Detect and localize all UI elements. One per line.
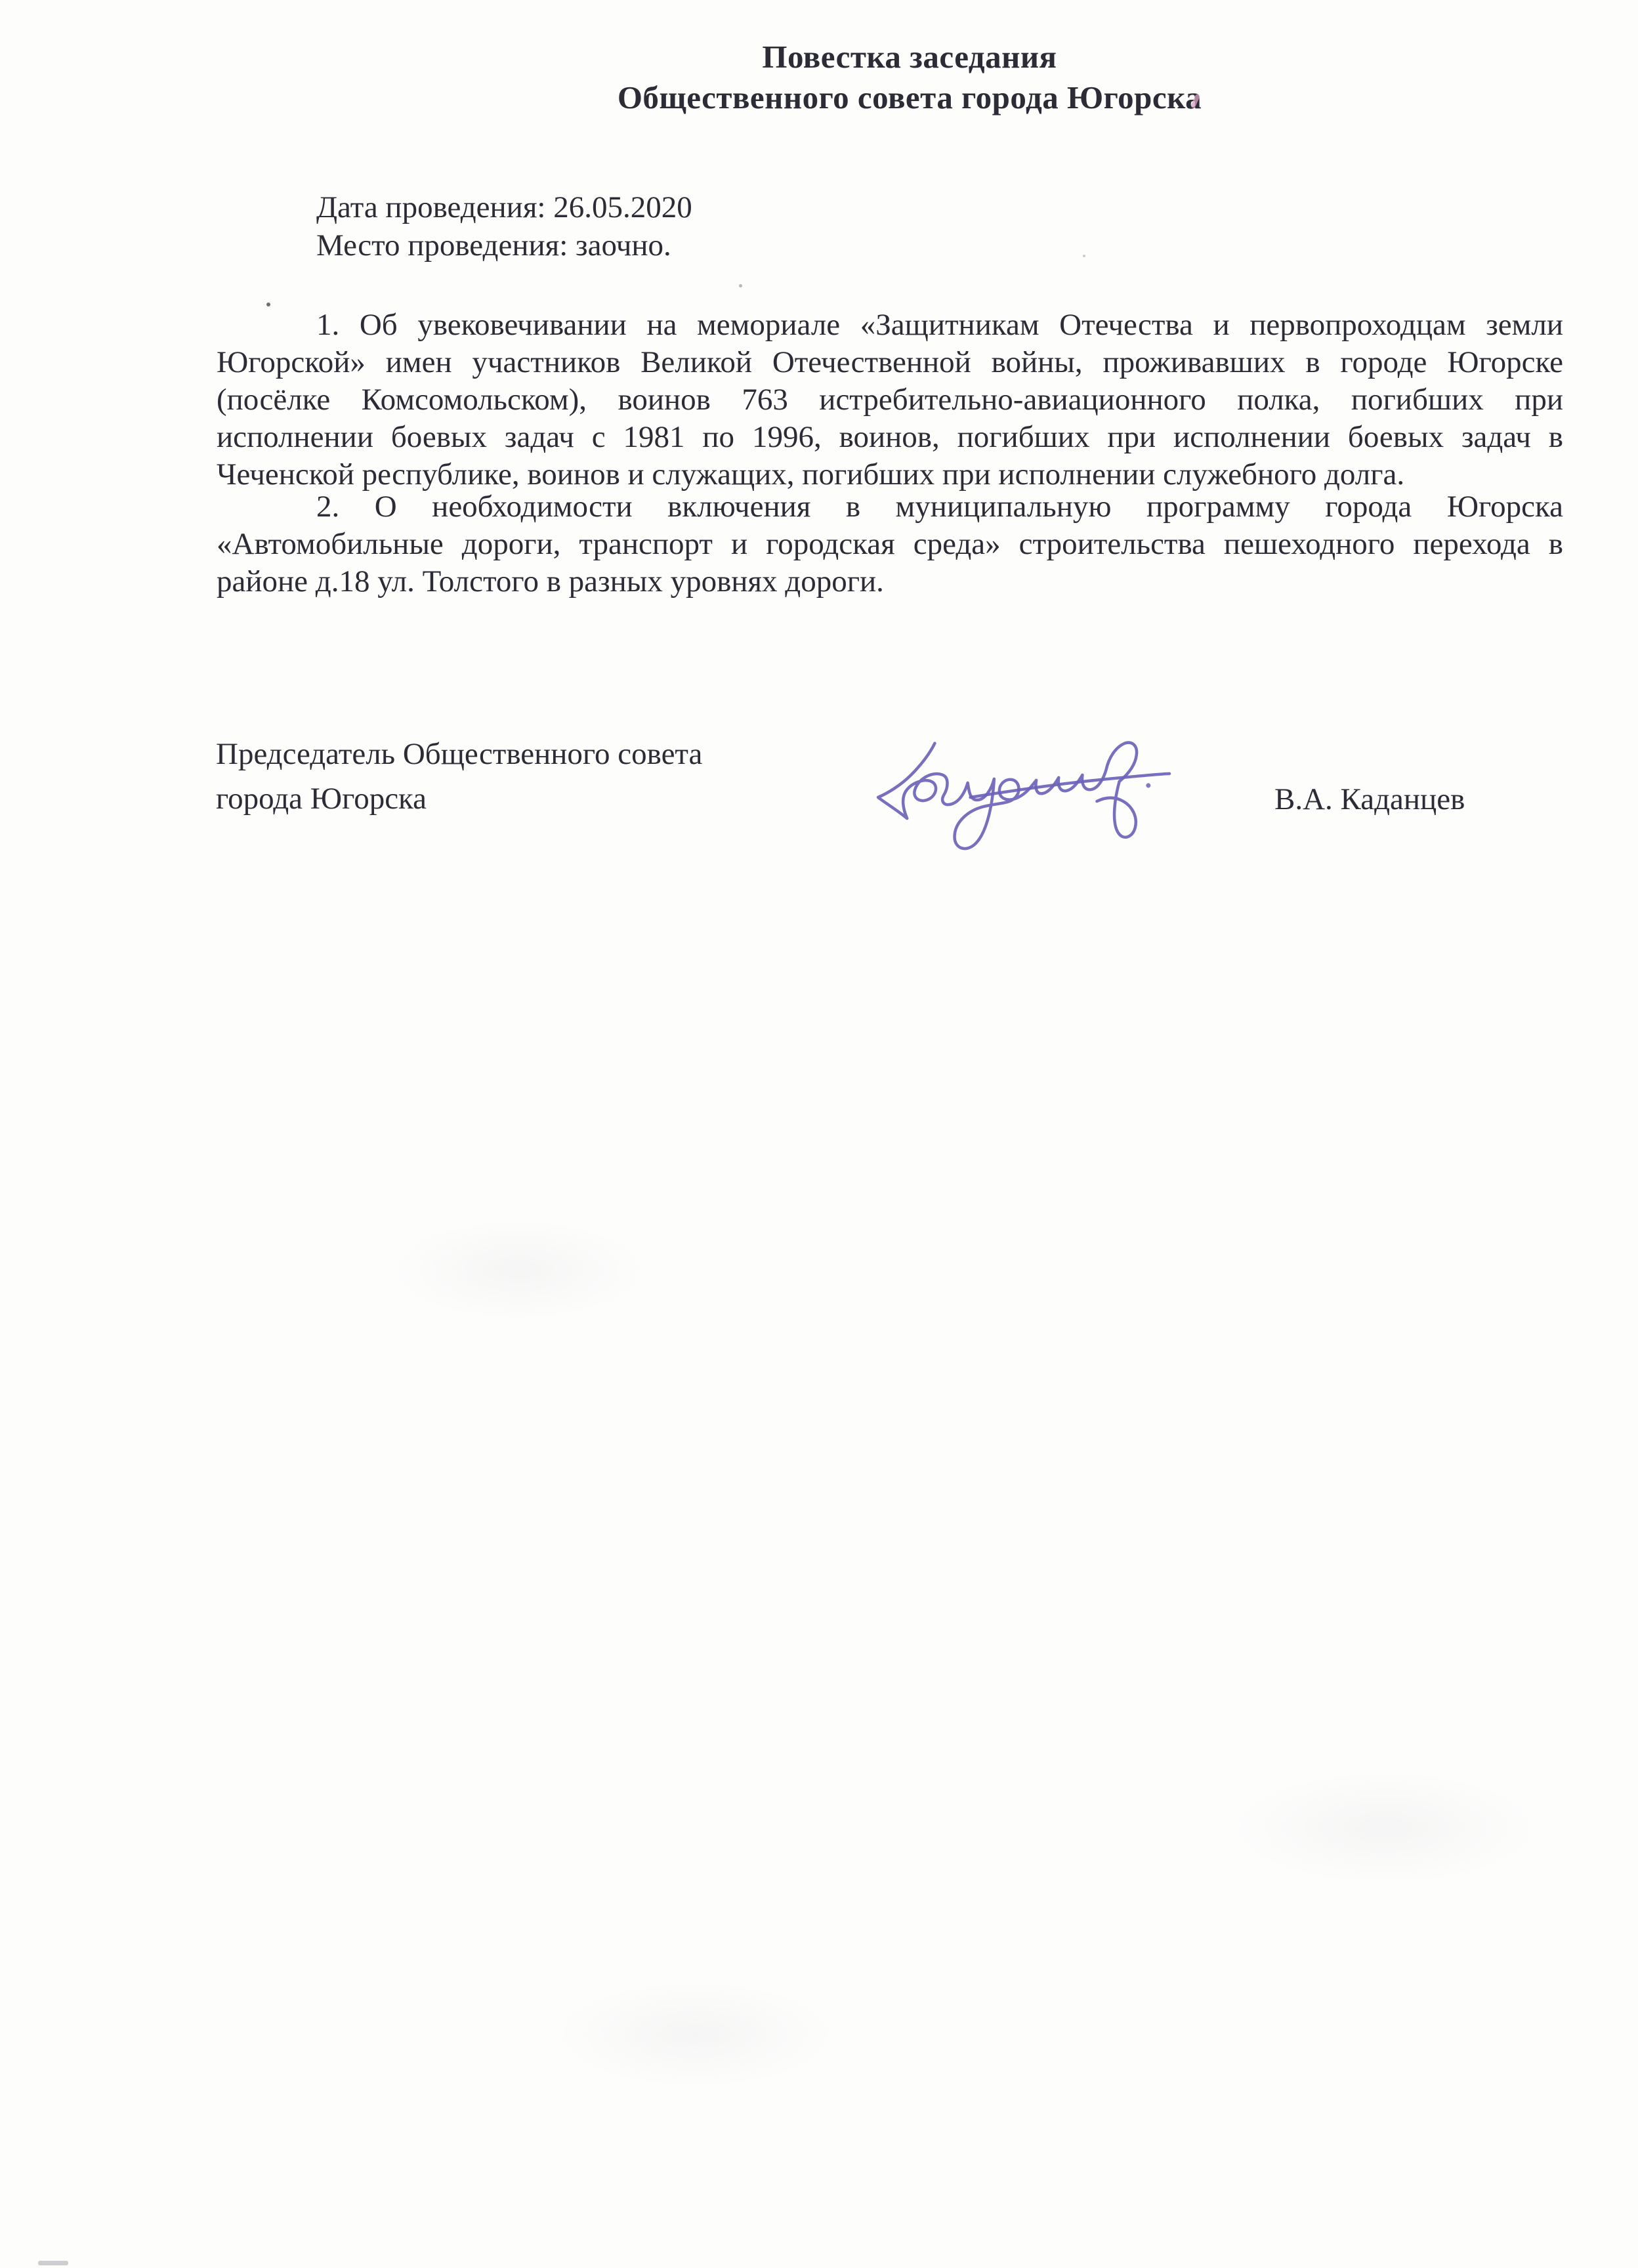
scan-smudge	[558, 1982, 833, 2087]
agenda-2-line: районе д.18 ул. Толстого в разных уровня…	[217, 563, 1563, 600]
agenda-1-line: исполнении боевых задач с 1981 по 1996, …	[217, 419, 1563, 456]
title-line-2: Общественного совета города Югорска	[236, 77, 1583, 118]
scan-edge-mark	[38, 2261, 68, 2265]
agenda-1-line: Югорской» имен участников Великой Отечес…	[217, 344, 1563, 381]
signoff-position: Председатель Общественного совета города…	[216, 732, 702, 821]
meeting-meta: Дата проведения: 26.05.2020 Место провед…	[316, 188, 692, 264]
scan-smudge	[1234, 1772, 1536, 1883]
title-line-1: Повестка заседания	[236, 37, 1583, 77]
scan-speck	[266, 303, 270, 306]
document-title: Повестка заседания Общественного совета …	[217, 37, 1583, 118]
meeting-date-line: Дата проведения: 26.05.2020	[316, 188, 692, 226]
scan-speck	[1083, 255, 1085, 257]
signoff-position-line-1: Председатель Общественного совета	[216, 732, 702, 776]
signature-ink	[871, 734, 1175, 860]
agenda-1-line: 1. Об увековечивании на мемориале «Защит…	[217, 306, 1563, 344]
agenda-item-1: 1. Об увековечивании на мемориале «Защит…	[217, 306, 1563, 493]
agenda-1-line: (посёлке Комсомольском), воинов 763 истр…	[217, 381, 1563, 419]
scan-speck	[739, 284, 742, 287]
agenda-item-2: 2. О необходимости включения в муниципал…	[217, 488, 1563, 600]
handwritten-signature-icon	[871, 734, 1175, 860]
signer-name: В.А. Каданцев	[1274, 780, 1465, 818]
signoff-position-line-2: города Югорска	[216, 776, 702, 821]
scan-smudge	[394, 1221, 643, 1319]
meeting-place-line: Место проведения: заочно.	[316, 226, 692, 264]
agenda-2-line: «Автомобильные дороги, транспорт и город…	[217, 526, 1563, 563]
agenda-2-line: 2. О необходимости включения в муниципал…	[217, 488, 1563, 526]
scanned-document-page: Повестка заседания Общественного совета …	[0, 0, 1638, 2268]
